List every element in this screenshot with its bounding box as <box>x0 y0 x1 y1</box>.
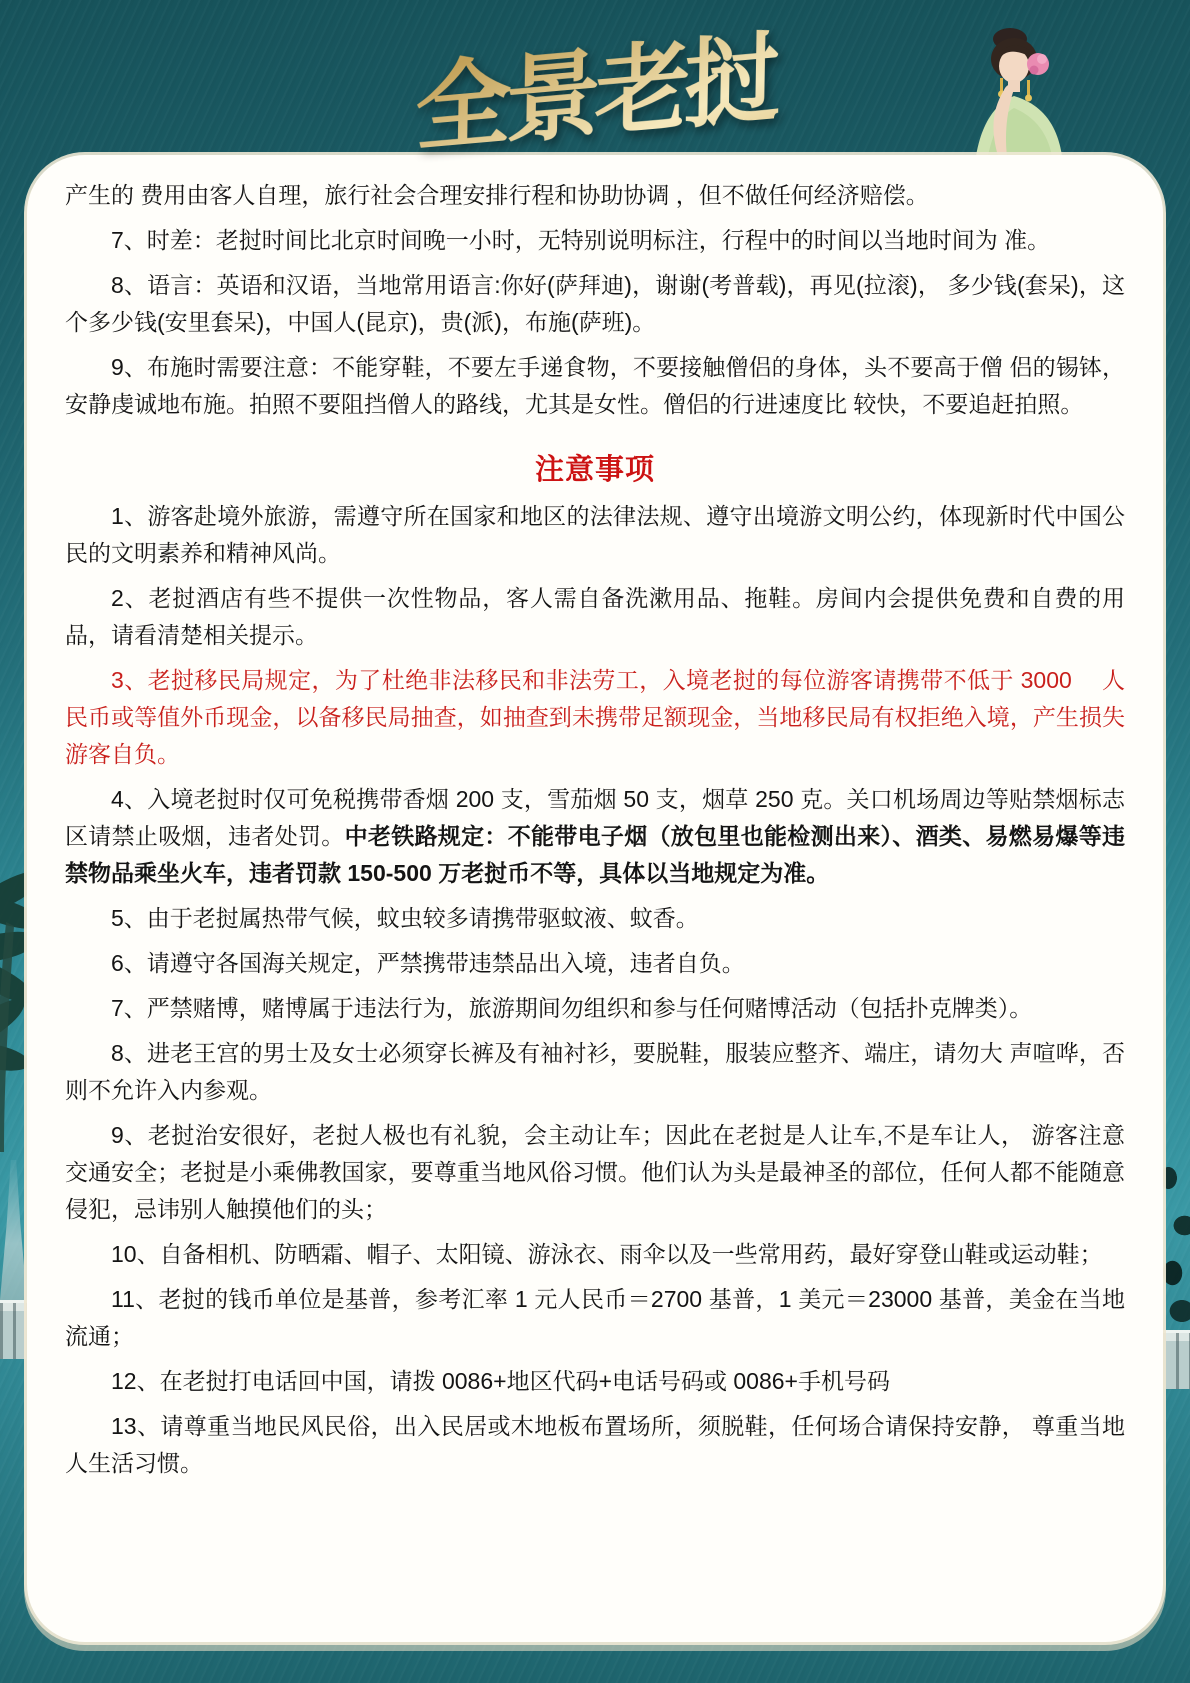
notice-item-1: 1、游客赴境外旅游，需遵守所在国家和地区的法律法规、遵守出境游文明公约，体现新时… <box>65 498 1125 572</box>
notice-item-6: 6、请遵守各国海关规定，严禁携带违禁品出入境，违者自负。 <box>65 945 1125 982</box>
balustrade-right <box>1163 1330 1190 1389</box>
notice-item-4-tobacco-railway-rules: 4、入境老挝时仅可免税携带香烟 200 支，雪茄烟 50 支，烟草 250 克。… <box>65 781 1125 892</box>
notice-item-7: 7、严禁赌博，赌博属于违法行为，旅游期间勿组织和参与任何赌博活动（包括扑克牌类）… <box>65 990 1125 1027</box>
intro-item-8-language: 8、语言：英语和汉语，当地常用语言:你好(萨拜迪)，谢谢(考普载)，再见(拉滚)… <box>65 267 1125 341</box>
notice-item-12-phone: 12、在老挝打电话回中国，请拨 0086+地区代码+电话号码或 0086+手机号… <box>65 1363 1125 1400</box>
notice-item-13-customs: 13、请尊重当地民风民俗，出入民居或木地板布置场所，须脱鞋，任何场合请保持安静，… <box>65 1408 1125 1482</box>
intro-item-7-time-difference: 7、时差：老挝时间比北京时间晚一小时，无特别说明标注，行程中的时间以当地时间为 … <box>65 222 1125 259</box>
notice-item-11-currency: 11、老挝的钱币单位是基普，参考汇率 1 元人民币＝2700 基普，1 美元＝2… <box>65 1281 1125 1355</box>
intro-item-9-alms-giving: 9、布施时需要注意：不能穿鞋，不要左手递食物，不要接触僧侣的身体，头不要高于僧 … <box>65 349 1125 423</box>
notice-item-8: 8、进老王宫的男士及女士必须穿长裤及有袖衬衫，要脱鞋，服装应整齐、端庄，请勿大 … <box>65 1035 1125 1109</box>
notice-section-heading: 注意事项 <box>65 447 1125 488</box>
notice-item-3-immigration-cash-warning: 3、老挝移民局规定，为了杜绝非法移民和非法劳工，入境老挝的每位游客请携带不低于 … <box>65 662 1125 773</box>
notice-item-5: 5、由于老挝属热带气候，蚊虫较多请携带驱蚊液、蚊香。 <box>65 900 1125 937</box>
temple-spire-silhouette <box>0 1160 27 1300</box>
content-card: 产生的 费用由客人自理，旅行社会合理安排行程和协助协调 ，但不做任何经济赔偿。 … <box>27 155 1163 1642</box>
notice-item-10: 10、自备相机、防晒霜、帽子、太阳镜、游泳衣、雨伞以及一些常用药，最好穿登山鞋或… <box>65 1236 1125 1273</box>
balustrade-left <box>0 1300 27 1359</box>
notice-item-2: 2、老挝酒店有些不提供一次性物品，客人需自备洗漱用品、拖鞋。房间内会提供免费和自… <box>65 580 1125 654</box>
notice-item-9: 9、老挝治安很好，老挝人极也有礼貌，会主动让车；因此在老挝是人让车,不是车让人，… <box>65 1117 1125 1228</box>
foliage-right <box>1163 1140 1190 1330</box>
